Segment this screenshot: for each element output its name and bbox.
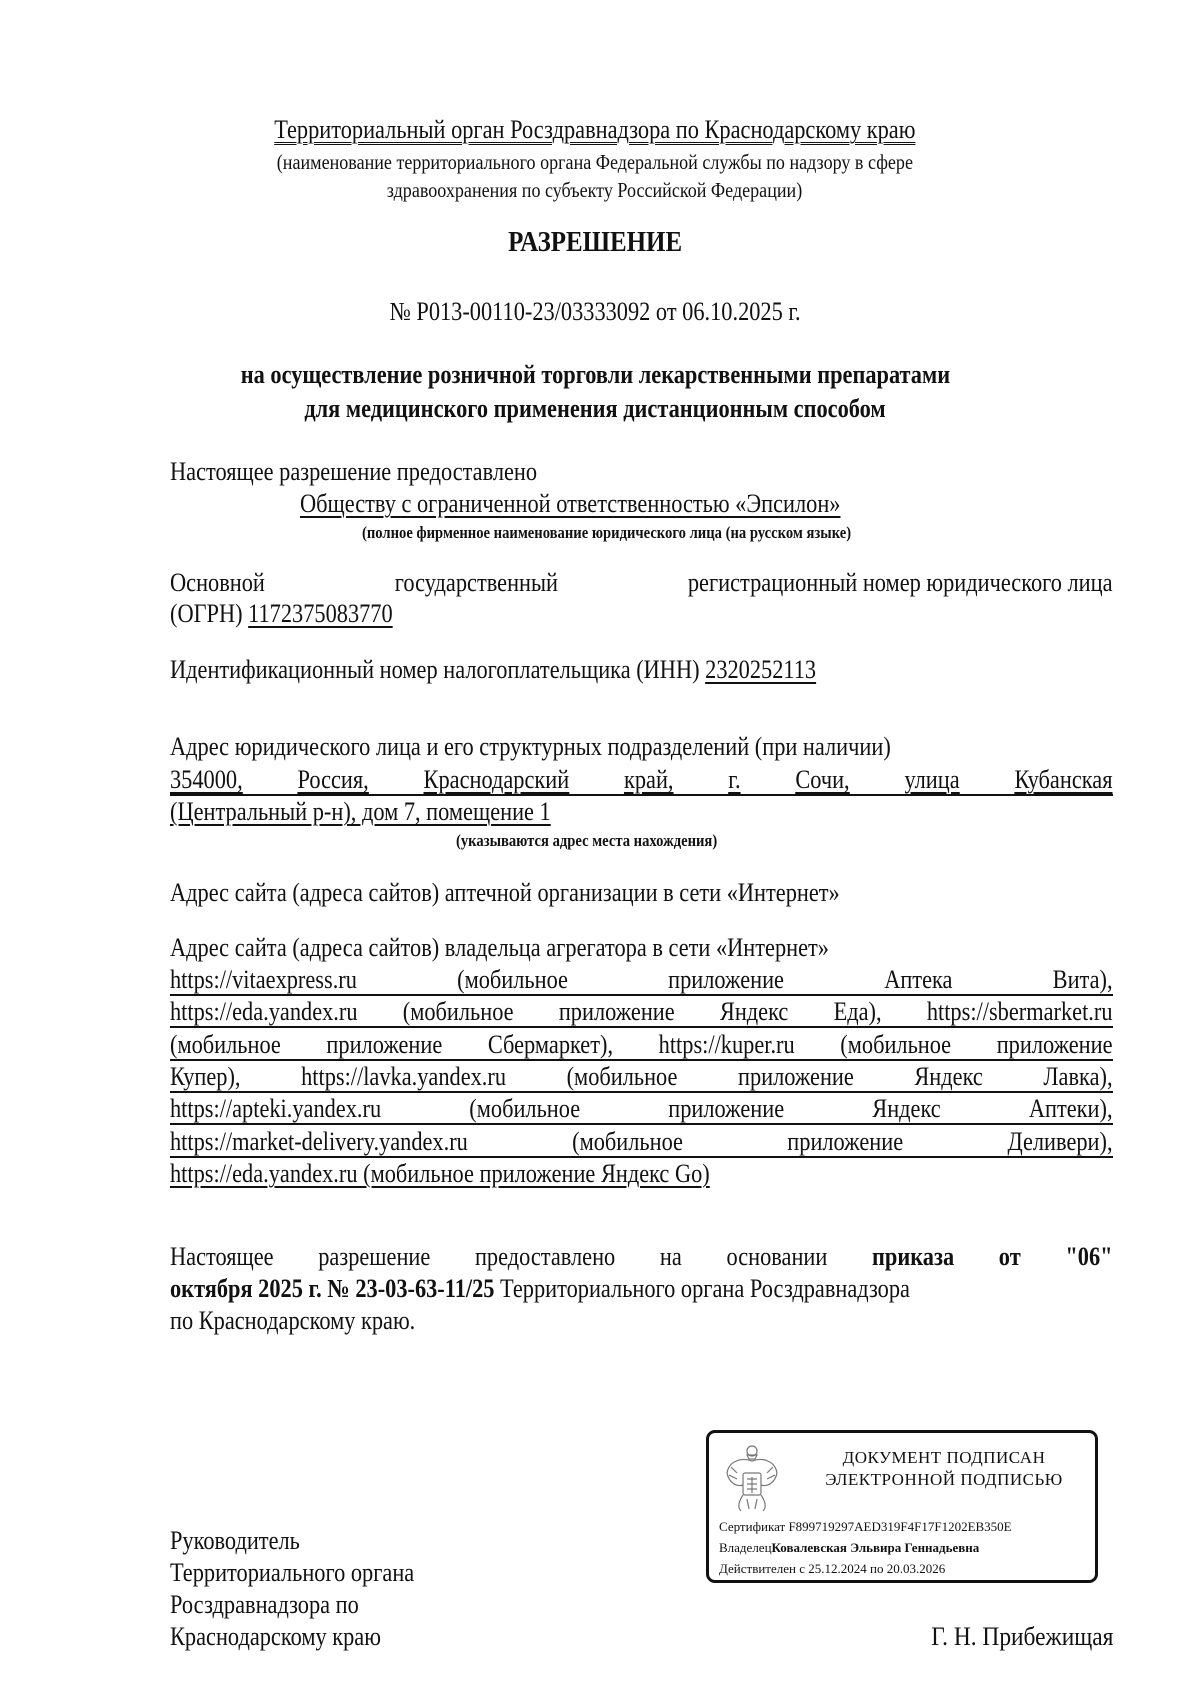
site-line-underline — [170, 1156, 1113, 1158]
authority-caption-line1: (наименование территориального органа Фе… — [0, 152, 1190, 173]
ogrn-row: (ОГРН) 1172375083770 — [170, 601, 429, 627]
electronic-signature-stamp: ДОКУМЕНТ ПОДПИСАН ЭЛЕКТРОННОЙ ПОДПИСЬЮ С… — [706, 1430, 1098, 1583]
certificate-value: F899719297AED319F4F17F1202EB350E — [788, 1519, 1011, 1534]
address-caption: (указываются адрес места нахождения) — [456, 832, 760, 849]
address-underline — [170, 794, 1113, 796]
inn-row: Идентификационный номер налогоплательщик… — [170, 657, 921, 683]
aggregator-sites-label: Адрес сайта (адреса сайтов) владельца аг… — [170, 935, 936, 961]
organization-name: Обществу с ограниченной ответственностью… — [300, 491, 928, 517]
organization-name-caption: (полное фирменное наименование юридическ… — [362, 524, 931, 541]
order-reference: октября 2025 г. № 23-03-63-11/25 — [170, 1274, 494, 1303]
inn-value: 2320252113 — [705, 655, 816, 684]
aggregator-sites-last-line: https://eda.yandex.ru (мобильное приложе… — [170, 1161, 798, 1187]
site-text: Аптека — [884, 967, 952, 993]
permit-subject-line2: для медицинского применения дистанционны… — [0, 396, 1190, 422]
aggregator-site-line: https://eda.yandex.ru(мобильноеприложени… — [170, 999, 1113, 1025]
site-text: приложение — [738, 1064, 854, 1090]
site-text: Яндекс — [872, 1096, 940, 1122]
site-text: (мобильное — [403, 999, 514, 1025]
ogrn-value: 1172375083770 — [248, 599, 393, 628]
site-url-link[interactable]: https://vitaexpress.ru — [170, 967, 357, 993]
site-text: Еда), — [834, 999, 882, 1025]
inn-label: Идентификационный номер налогоплательщик… — [170, 655, 700, 684]
signatory-position-line3: Росздравнадзора по — [170, 1592, 390, 1618]
basis-line2: октября 2025 г. № 23-03-63-11/25 Террито… — [170, 1276, 1030, 1302]
site-text: Деливери), — [1007, 1129, 1112, 1155]
signatory-position-line1: Руководитель — [170, 1528, 321, 1554]
site-text: приложение — [668, 1096, 784, 1122]
site-url-link[interactable]: https://market-delivery.yandex.ru — [170, 1129, 468, 1155]
site-text: приложение — [559, 999, 675, 1025]
stamp-title: ДОКУМЕНТ ПОДПИСАН ЭЛЕКТРОННОЙ ПОДПИСЬЮ — [799, 1447, 1089, 1491]
signatory-position-line4: Краснодарскому краю — [170, 1624, 415, 1650]
site-text: приложение — [668, 967, 784, 993]
validity-row: Действителен с 25.12.2024 по 20.03.2026 — [719, 1561, 945, 1577]
permit-number: № Р013-00110-23/03333092 от 06.10.2025 г… — [0, 299, 1190, 325]
site-text: (мобильное — [170, 1032, 281, 1058]
site-text: приложение — [787, 1129, 903, 1155]
ogrn-label: Основной государственный регистрационный… — [170, 570, 1113, 596]
basis-line1: Настоящее разрешение предоставлено на ос… — [170, 1244, 1113, 1270]
signatory-position-line2: Территориального органа — [170, 1560, 454, 1586]
site-text: (мобильное — [457, 967, 568, 993]
site-text: Яндекс — [720, 999, 788, 1025]
site-line-underline — [170, 1123, 1113, 1125]
aggregator-site-line: https://market-delivery.yandex.ru(мобиль… — [170, 1129, 1113, 1155]
site-text: (мобильное — [572, 1129, 683, 1155]
address-line1: 354000, Россия, Краснодарский край, г. С… — [170, 767, 1113, 793]
permit-subject-line1: на осуществление розничной торговли лека… — [0, 362, 1190, 388]
site-text: Аптеки), — [1029, 1096, 1113, 1122]
pharmacy-sites-label: Адрес сайта (адреса сайтов) аптечной орг… — [170, 880, 949, 906]
site-url-link[interactable]: https://sbermarket.ru — [927, 999, 1113, 1025]
authority-name: Территориальный орган Росздравнадзора по… — [0, 117, 1190, 143]
signatory-name: Г. Н. Прибежищая — [880, 1624, 1113, 1650]
address-line2: (Центральный р-н), дом 7, помещение 1 — [170, 799, 613, 825]
granted-label: Настоящее разрешение предоставлено — [170, 459, 597, 485]
address-label: Адрес юридического лица и его структурны… — [170, 734, 1008, 760]
coat-of-arms-icon — [723, 1443, 781, 1515]
site-text: Сбермаркет), — [488, 1032, 613, 1058]
site-text: Вита), — [1053, 967, 1113, 993]
aggregator-site-line: https://vitaexpress.ru(мобильноеприложен… — [170, 967, 1113, 993]
ogrn-prefix: (ОГРН) — [170, 599, 243, 628]
site-text: Купер), — [170, 1064, 241, 1090]
site-line-underline — [170, 1026, 1113, 1028]
site-text: Яндекс — [914, 1064, 982, 1090]
document-title: РАЗРЕШЕНИЕ — [0, 228, 1190, 257]
certificate-row: Сертификат F899719297AED319F4F17F1202EB3… — [719, 1519, 1012, 1535]
site-url-link[interactable]: https://kuper.ru — [659, 1032, 795, 1058]
site-text: (мобильное — [840, 1032, 951, 1058]
aggregator-site-line: (мобильноеприложениеСбермаркет),https://… — [170, 1032, 1113, 1058]
site-text: (мобильное — [469, 1096, 580, 1122]
aggregator-site-line: https://apteki.yandex.ru(мобильноеприлож… — [170, 1096, 1113, 1122]
site-url-link[interactable]: https://lavka.yandex.ru — [301, 1064, 506, 1090]
owner-row: ВладелецКовалевская Эльвира Геннадьевна — [719, 1540, 979, 1556]
site-text: Лавка), — [1043, 1064, 1112, 1090]
site-text: (мобильное — [567, 1064, 678, 1090]
authority-caption-line2: здравоохранения по субъекту Российской Ф… — [0, 180, 1190, 201]
site-url-link[interactable]: https://eda.yandex.ru — [170, 999, 358, 1025]
basis-line3: по Краснодарскому краю. — [170, 1308, 455, 1334]
site-line-underline — [170, 994, 1113, 996]
site-line-underline — [170, 1091, 1113, 1093]
site-text: приложение — [997, 1032, 1113, 1058]
site-url-link[interactable]: https://apteki.yandex.ru — [170, 1096, 381, 1122]
aggregator-site-line: Купер),https://lavka.yandex.ru(мобильное… — [170, 1064, 1113, 1090]
site-line-underline — [170, 1059, 1113, 1061]
owner-value: Ковалевская Эльвира Геннадьевна — [772, 1540, 980, 1555]
site-text: приложение — [326, 1032, 442, 1058]
